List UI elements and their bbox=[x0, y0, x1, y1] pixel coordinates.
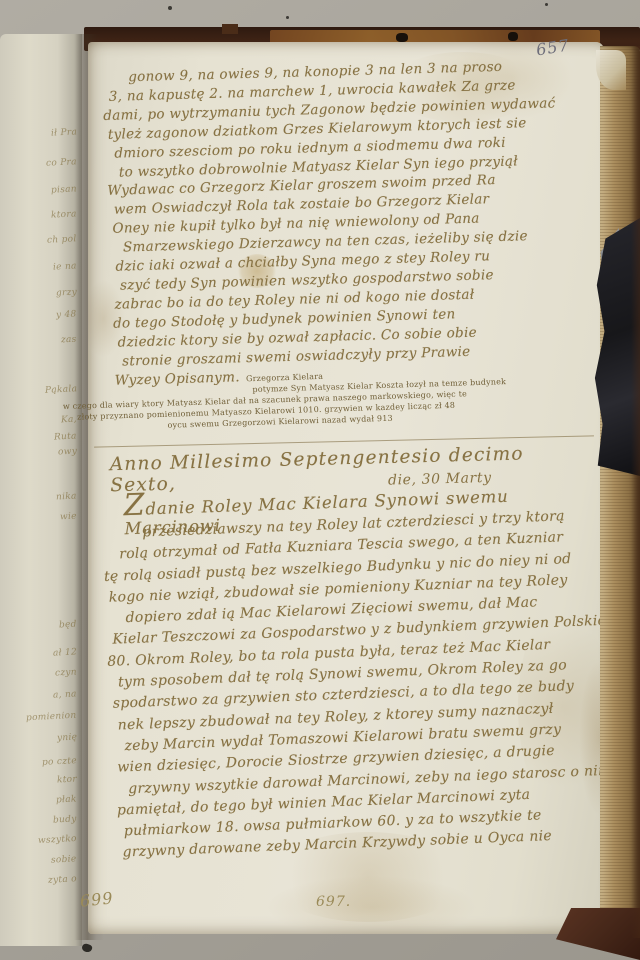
lower-entry-text: przesiedziawszy na tey Roley lat czterdz… bbox=[102, 505, 605, 864]
table-speck bbox=[545, 3, 548, 6]
left-edge-fragment: pomienion bbox=[26, 711, 77, 724]
folio-number-center: 697. bbox=[316, 894, 351, 910]
left-edge-fragment: co Pra bbox=[46, 157, 77, 169]
left-edge-fragment: Pąkala bbox=[44, 384, 77, 396]
upper-entry-text: gonow 9, na owies 9, na konopie 3 na len… bbox=[102, 55, 597, 390]
left-edge-fragment: wszytko bbox=[38, 834, 77, 846]
table-dark-mark bbox=[81, 943, 93, 954]
manuscript-page: 657 gonow 9, na owies 9, na konopie 3 na… bbox=[88, 42, 604, 934]
cover-dark-blotch bbox=[396, 33, 408, 42]
table-speck bbox=[286, 16, 289, 19]
left-edge-fragment: zyta o bbox=[48, 874, 77, 885]
manuscript-photo: ił Praco Prapisanktorach polie nagrzyy 4… bbox=[0, 0, 640, 960]
table-speck bbox=[168, 6, 172, 10]
book-cover-right-edge bbox=[631, 46, 640, 938]
folio-number-left: 699 bbox=[79, 888, 114, 910]
left-edge-fragment: po czte bbox=[42, 756, 77, 768]
cover-dark-blotch bbox=[508, 32, 518, 41]
book-cover-bottom-corner bbox=[556, 908, 640, 960]
book-cover-clasp bbox=[222, 24, 238, 34]
left-page-edge: ił Praco Prapisanktorach polie nagrzyy 4… bbox=[0, 34, 82, 946]
left-edge-fragment: ch pol bbox=[47, 234, 77, 246]
